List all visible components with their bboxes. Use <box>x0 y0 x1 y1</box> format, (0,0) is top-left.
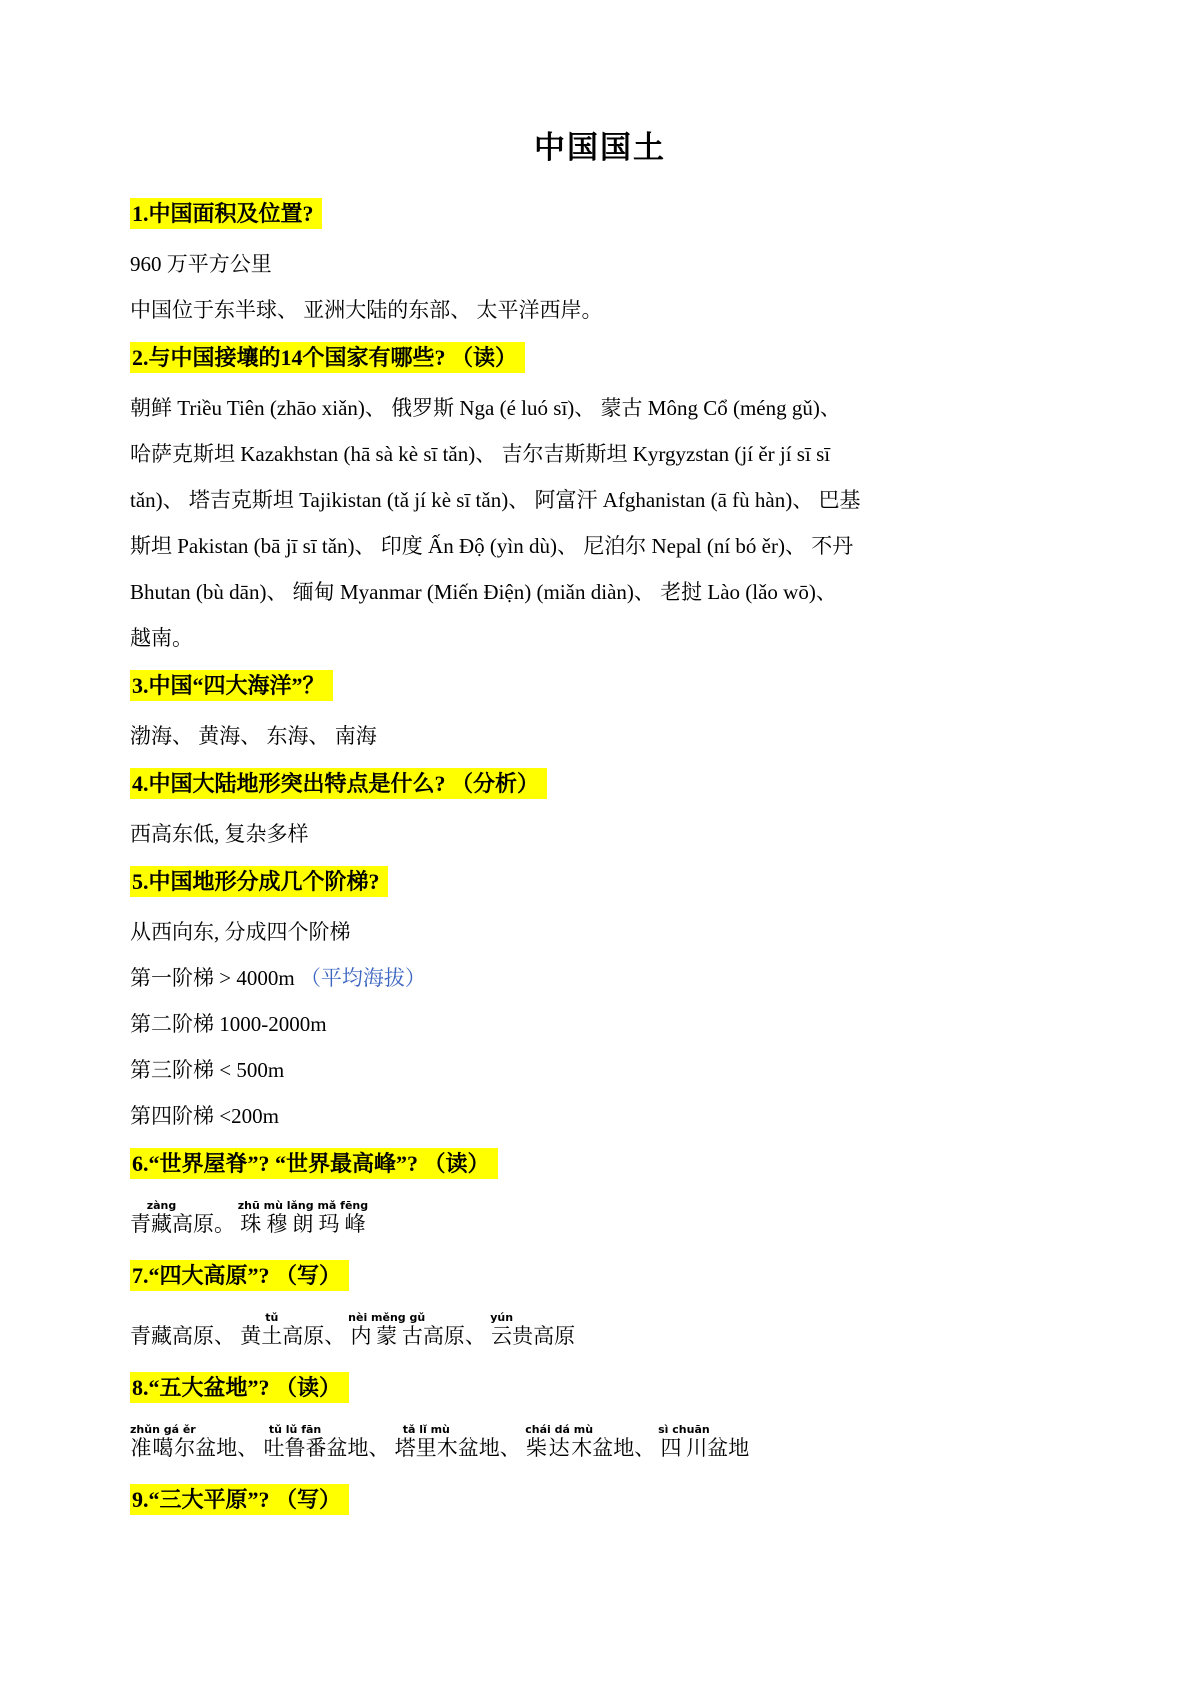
section-heading-text: 4.中国大陆地形突出特点是什么? （分析） <box>130 768 547 799</box>
answer-text: 盆地、 <box>195 1436 263 1460</box>
qa-section: 6.“世界屋脊”? “世界最高峰”? （读）青藏zàng高原。 珠穆朗玛峰zhū… <box>130 1148 1100 1239</box>
qa-section: 5.中国地形分成几个阶梯?从西向东, 分成四个阶梯第一阶梯 > 4000m （平… <box>130 866 1100 1131</box>
section-heading: 3.中国“四大海洋”？ <box>130 670 1100 705</box>
section-heading-text: 5.中国地形分成几个阶梯? <box>130 866 388 897</box>
answer-text: 西高东低, 复杂多样 <box>130 822 309 846</box>
section-heading: 4.中国大陆地形突出特点是什么? （分析） <box>130 768 1100 803</box>
pinyin-annotation: nèi měng gǔ <box>348 1311 425 1324</box>
answer-text: 青藏高原、 黄 <box>130 1324 261 1348</box>
answer-text: Bhutan (bù dān)、 缅甸 Myanmar (Miến Điện) … <box>130 580 837 604</box>
section-heading: 8.“五大盆地”? （读） <box>130 1372 1100 1407</box>
pinyin-annotation: yún <box>490 1311 513 1324</box>
pinyin-annotation: zhū mù lǎng mǎ fēng <box>238 1199 368 1212</box>
answer-text: 朝鲜 Triều Tiên (zhāo xiǎn)、 俄罗斯 Nga (é lu… <box>130 396 841 420</box>
section-heading-text: 6.“世界屋脊”? “世界最高峰”? （读） <box>130 1148 498 1179</box>
answer-line: 斯坦 Pakistan (bā jī sī tǎn)、 印度 Ấn Độ (yì… <box>130 532 1100 561</box>
answer-text: 高原、 <box>423 1324 491 1348</box>
ruby-segment: 柴达木chái dá mù <box>526 1436 592 1460</box>
section-heading: 5.中国地形分成几个阶梯? <box>130 866 1100 901</box>
answer-text: 中国位于东半球、 亚洲大陆的东部、 太平洋西岸。 <box>130 298 603 322</box>
section-heading-text: 9.“三大平原”? （写） <box>130 1484 349 1515</box>
answer-text: 盆地、 <box>592 1436 660 1460</box>
section-heading: 2.与中国接壤的14个国家有哪些? （读） <box>130 342 1100 377</box>
answer-text: 第一阶梯 > 4000m <box>130 966 300 990</box>
answer-text: 盆地、 <box>327 1436 395 1460</box>
answer-line: Bhutan (bù dān)、 缅甸 Myanmar (Miến Điện) … <box>130 578 1100 607</box>
answer-text: 盆地、 <box>458 1436 526 1460</box>
section-heading-text: 1.中国面积及位置? <box>130 198 322 229</box>
answer-text: 高原、 <box>282 1324 350 1348</box>
answer-line: 从西向东, 分成四个阶梯 <box>130 918 1100 947</box>
section-heading: 9.“三大平原”? （写） <box>130 1484 1100 1519</box>
section-heading-text: 3.中国“四大海洋”？ <box>130 670 333 701</box>
qa-section: 9.“三大平原”? （写） <box>130 1484 1100 1519</box>
section-heading: 7.“四大高原”? （写） <box>130 1260 1100 1295</box>
ruby-segment: 云yún <box>491 1324 512 1348</box>
document-sections: 1.中国面积及位置?960 万平方公里中国位于东半球、 亚洲大陆的东部、 太平洋… <box>0 198 1200 1519</box>
answer-line: 朝鲜 Triều Tiên (zhāo xiǎn)、 俄罗斯 Nga (é lu… <box>130 394 1100 423</box>
qa-section: 4.中国大陆地形突出特点是什么? （分析）西高东低, 复杂多样 <box>130 768 1100 849</box>
section-heading-text: 8.“五大盆地”? （读） <box>130 1372 349 1403</box>
answer-text: 盆地 <box>707 1436 749 1460</box>
qa-section: 1.中国面积及位置?960 万平方公里中国位于东半球、 亚洲大陆的东部、 太平洋… <box>130 198 1100 325</box>
document-page: 中国国土 1.中国面积及位置?960 万平方公里中国位于东半球、 亚洲大陆的东部… <box>0 0 1200 1696</box>
pinyin-answer-line: 青藏高原、 黄土tǔ高原、 内蒙古nèi měng gǔ高原、 云yún贵高原 <box>130 1312 1100 1351</box>
answer-text: 960 万平方公里 <box>130 252 272 276</box>
pinyin-annotation: zàng <box>147 1199 177 1212</box>
answer-line: tǎn)、 塔吉克斯坦 Tajikistan (tǎ jí kè sī tǎn)… <box>130 486 1100 515</box>
section-heading: 1.中国面积及位置? <box>130 198 1100 233</box>
pinyin-answer-line: 青藏zàng高原。 珠穆朗玛峰zhū mù lǎng mǎ fēng <box>130 1200 1100 1239</box>
ruby-segment: 吐鲁番tǔ lǔ fān <box>264 1436 327 1460</box>
qa-section: 7.“四大高原”? （写）青藏高原、 黄土tǔ高原、 内蒙古nèi měng g… <box>130 1260 1100 1351</box>
answer-text: 第三阶梯 < 500m <box>130 1058 284 1082</box>
section-heading-text: 2.与中国接壤的14个国家有哪些? （读） <box>130 342 525 373</box>
ruby-segment: 四川sì chuān <box>661 1436 708 1460</box>
answer-text: 高原。 <box>172 1212 240 1236</box>
answer-line: 第一阶梯 > 4000m （平均海拔） <box>130 964 1100 993</box>
answer-text: 贵高原 <box>512 1324 575 1348</box>
pinyin-annotation: zhǔn gá ěr <box>130 1423 196 1436</box>
section-heading-text: 7.“四大高原”? （写） <box>130 1260 349 1291</box>
answer-line: 960 万平方公里 <box>130 250 1100 279</box>
answer-text: 斯坦 Pakistan (bā jī sī tǎn)、 印度 Ấn Độ (yì… <box>130 534 853 558</box>
qa-section: 3.中国“四大海洋”？渤海、 黄海、 东海、 南海 <box>130 670 1100 751</box>
answer-line: 中国位于东半球、 亚洲大陆的东部、 太平洋西岸。 <box>130 296 1100 325</box>
qa-section: 8.“五大盆地”? （读）准噶尔zhǔn gá ěr盆地、 吐鲁番tǔ lǔ f… <box>130 1372 1100 1463</box>
pinyin-annotation: tǎ lǐ mù <box>395 1423 458 1436</box>
pinyin-annotation: tǔ lǔ fān <box>264 1423 327 1436</box>
answer-line: 哈萨克斯坦 Kazakhstan (hā sà kè sī tǎn)、 吉尔吉斯… <box>130 440 1100 469</box>
answer-text: 第四阶梯 <200m <box>130 1104 279 1128</box>
section-heading: 6.“世界屋脊”? “世界最高峰”? （读） <box>130 1148 1100 1183</box>
ruby-segment: 塔里木tǎ lǐ mù <box>395 1436 458 1460</box>
answer-line: 第二阶梯 1000-2000m <box>130 1010 1100 1039</box>
pinyin-annotation: sì chuān <box>658 1423 710 1436</box>
ruby-segment: 内蒙古nèi měng gǔ <box>351 1324 423 1348</box>
answer-text: tǎn)、 塔吉克斯坦 Tajikistan (tǎ jí kè sī tǎn)… <box>130 488 860 512</box>
ruby-segment: 珠穆朗玛峰zhū mù lǎng mǎ fēng <box>240 1212 368 1236</box>
qa-section: 2.与中国接壤的14个国家有哪些? （读）朝鲜 Triều Tiên (zhāo… <box>130 342 1100 653</box>
pinyin-annotation: chái dá mù <box>525 1423 593 1436</box>
ruby-segment: 藏zàng <box>151 1212 172 1236</box>
blue-note-text: （平均海拔） <box>300 966 426 990</box>
answer-text: 越南。 <box>130 626 193 650</box>
page-title: 中国国土 <box>0 0 1200 168</box>
answer-line: 第三阶梯 < 500m <box>130 1056 1100 1085</box>
answer-text: 哈萨克斯坦 Kazakhstan (hā sà kè sī tǎn)、 吉尔吉斯… <box>130 442 830 466</box>
pinyin-answer-line: 准噶尔zhǔn gá ěr盆地、 吐鲁番tǔ lǔ fān盆地、 塔里木tǎ l… <box>130 1424 1100 1463</box>
answer-text: 第二阶梯 1000-2000m <box>130 1012 327 1036</box>
ruby-segment: 土tǔ <box>261 1324 282 1348</box>
ruby-segment: 准噶尔zhǔn gá ěr <box>130 1436 195 1460</box>
pinyin-annotation: tǔ <box>261 1311 282 1324</box>
answer-text: 从西向东, 分成四个阶梯 <box>130 920 351 944</box>
answer-line: 第四阶梯 <200m <box>130 1102 1100 1131</box>
answer-line: 越南。 <box>130 624 1100 653</box>
answer-line: 渤海、 黄海、 东海、 南海 <box>130 722 1100 751</box>
answer-text: 渤海、 黄海、 东海、 南海 <box>130 724 377 748</box>
answer-line: 西高东低, 复杂多样 <box>130 820 1100 849</box>
